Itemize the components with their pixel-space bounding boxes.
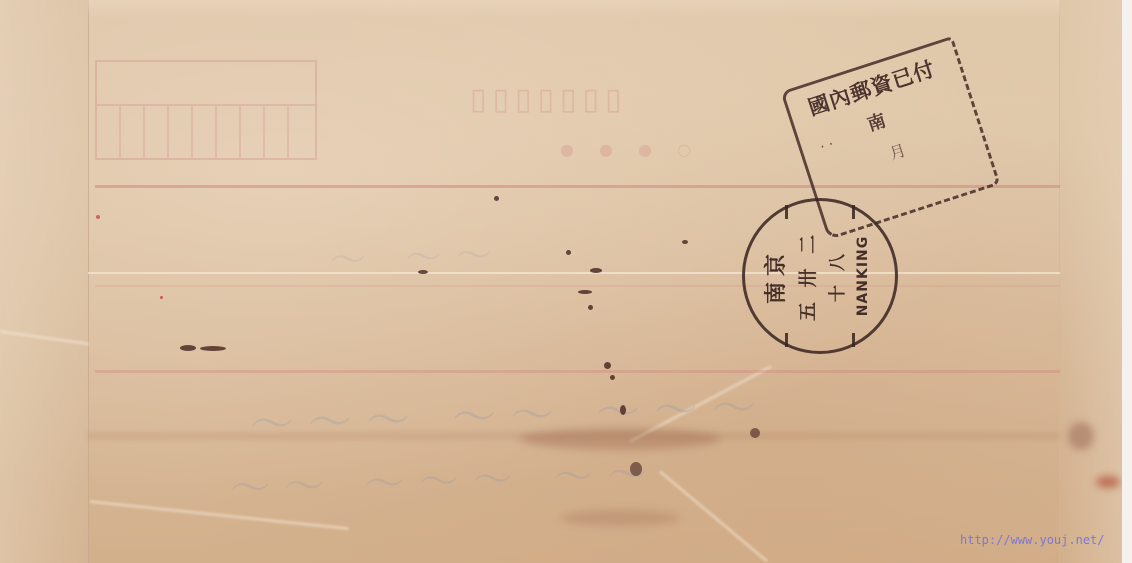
faint-handwriting: 〜 〜〜 — [329, 227, 506, 284]
ink-spot — [604, 362, 611, 369]
ink-spot — [610, 375, 615, 380]
top-flap — [88, 0, 1060, 18]
printed-rule — [95, 285, 1060, 287]
stain — [1096, 476, 1120, 488]
postmark-date: 五 卅 二 — [793, 219, 820, 333]
faint-printed-subtitle: ● ● ● ○ — [560, 140, 701, 159]
ink-spot — [630, 462, 642, 476]
scan-edge — [1122, 0, 1132, 563]
postal-code-boxes — [95, 60, 317, 160]
ink-spot — [750, 428, 760, 438]
postmark-city: 南 — [864, 106, 889, 136]
faint-handwriting: 〜〜 〜〜〜 〜〜 — [229, 442, 662, 514]
ink-smudge — [520, 428, 720, 450]
ink-spot — [200, 346, 226, 351]
postmark-date-mark: 月 — [886, 138, 908, 165]
stain — [1068, 422, 1094, 450]
postmark-english-city: NANKING — [855, 219, 871, 333]
fold-line — [88, 272, 1060, 274]
ink-spot — [96, 215, 100, 219]
printed-rule — [95, 370, 1060, 373]
ink-spot — [566, 250, 571, 255]
postmark-dots: · · — [818, 136, 836, 155]
faint-printed-title: ▯▯▯▯▯▯▯ — [470, 82, 628, 117]
watermark-url: http://www.youj.net/ — [960, 533, 1105, 547]
ink-spot — [588, 305, 593, 310]
ink-spot — [578, 290, 592, 294]
ink-spot — [418, 270, 428, 274]
postmark-city: 南京 — [759, 219, 790, 333]
ink-spot — [494, 196, 499, 201]
ink-spot — [682, 240, 688, 244]
envelope: ▯▯▯▯▯▯▯ ● ● ● ○ 〜 〜〜 〜〜〜 〜〜 〜〜〜 〜〜 〜〜〜 〜… — [0, 0, 1122, 563]
left-flap — [0, 0, 89, 563]
ink-smudge — [560, 510, 680, 526]
ink-spot — [620, 405, 626, 415]
ink-spot — [180, 345, 196, 351]
ink-spot — [590, 268, 602, 273]
postmark-time: 十 八 — [823, 219, 848, 333]
ink-spot — [160, 296, 163, 299]
nanking-date-postmark: 南京 五 卅 二 十 八 NANKING — [742, 198, 898, 354]
